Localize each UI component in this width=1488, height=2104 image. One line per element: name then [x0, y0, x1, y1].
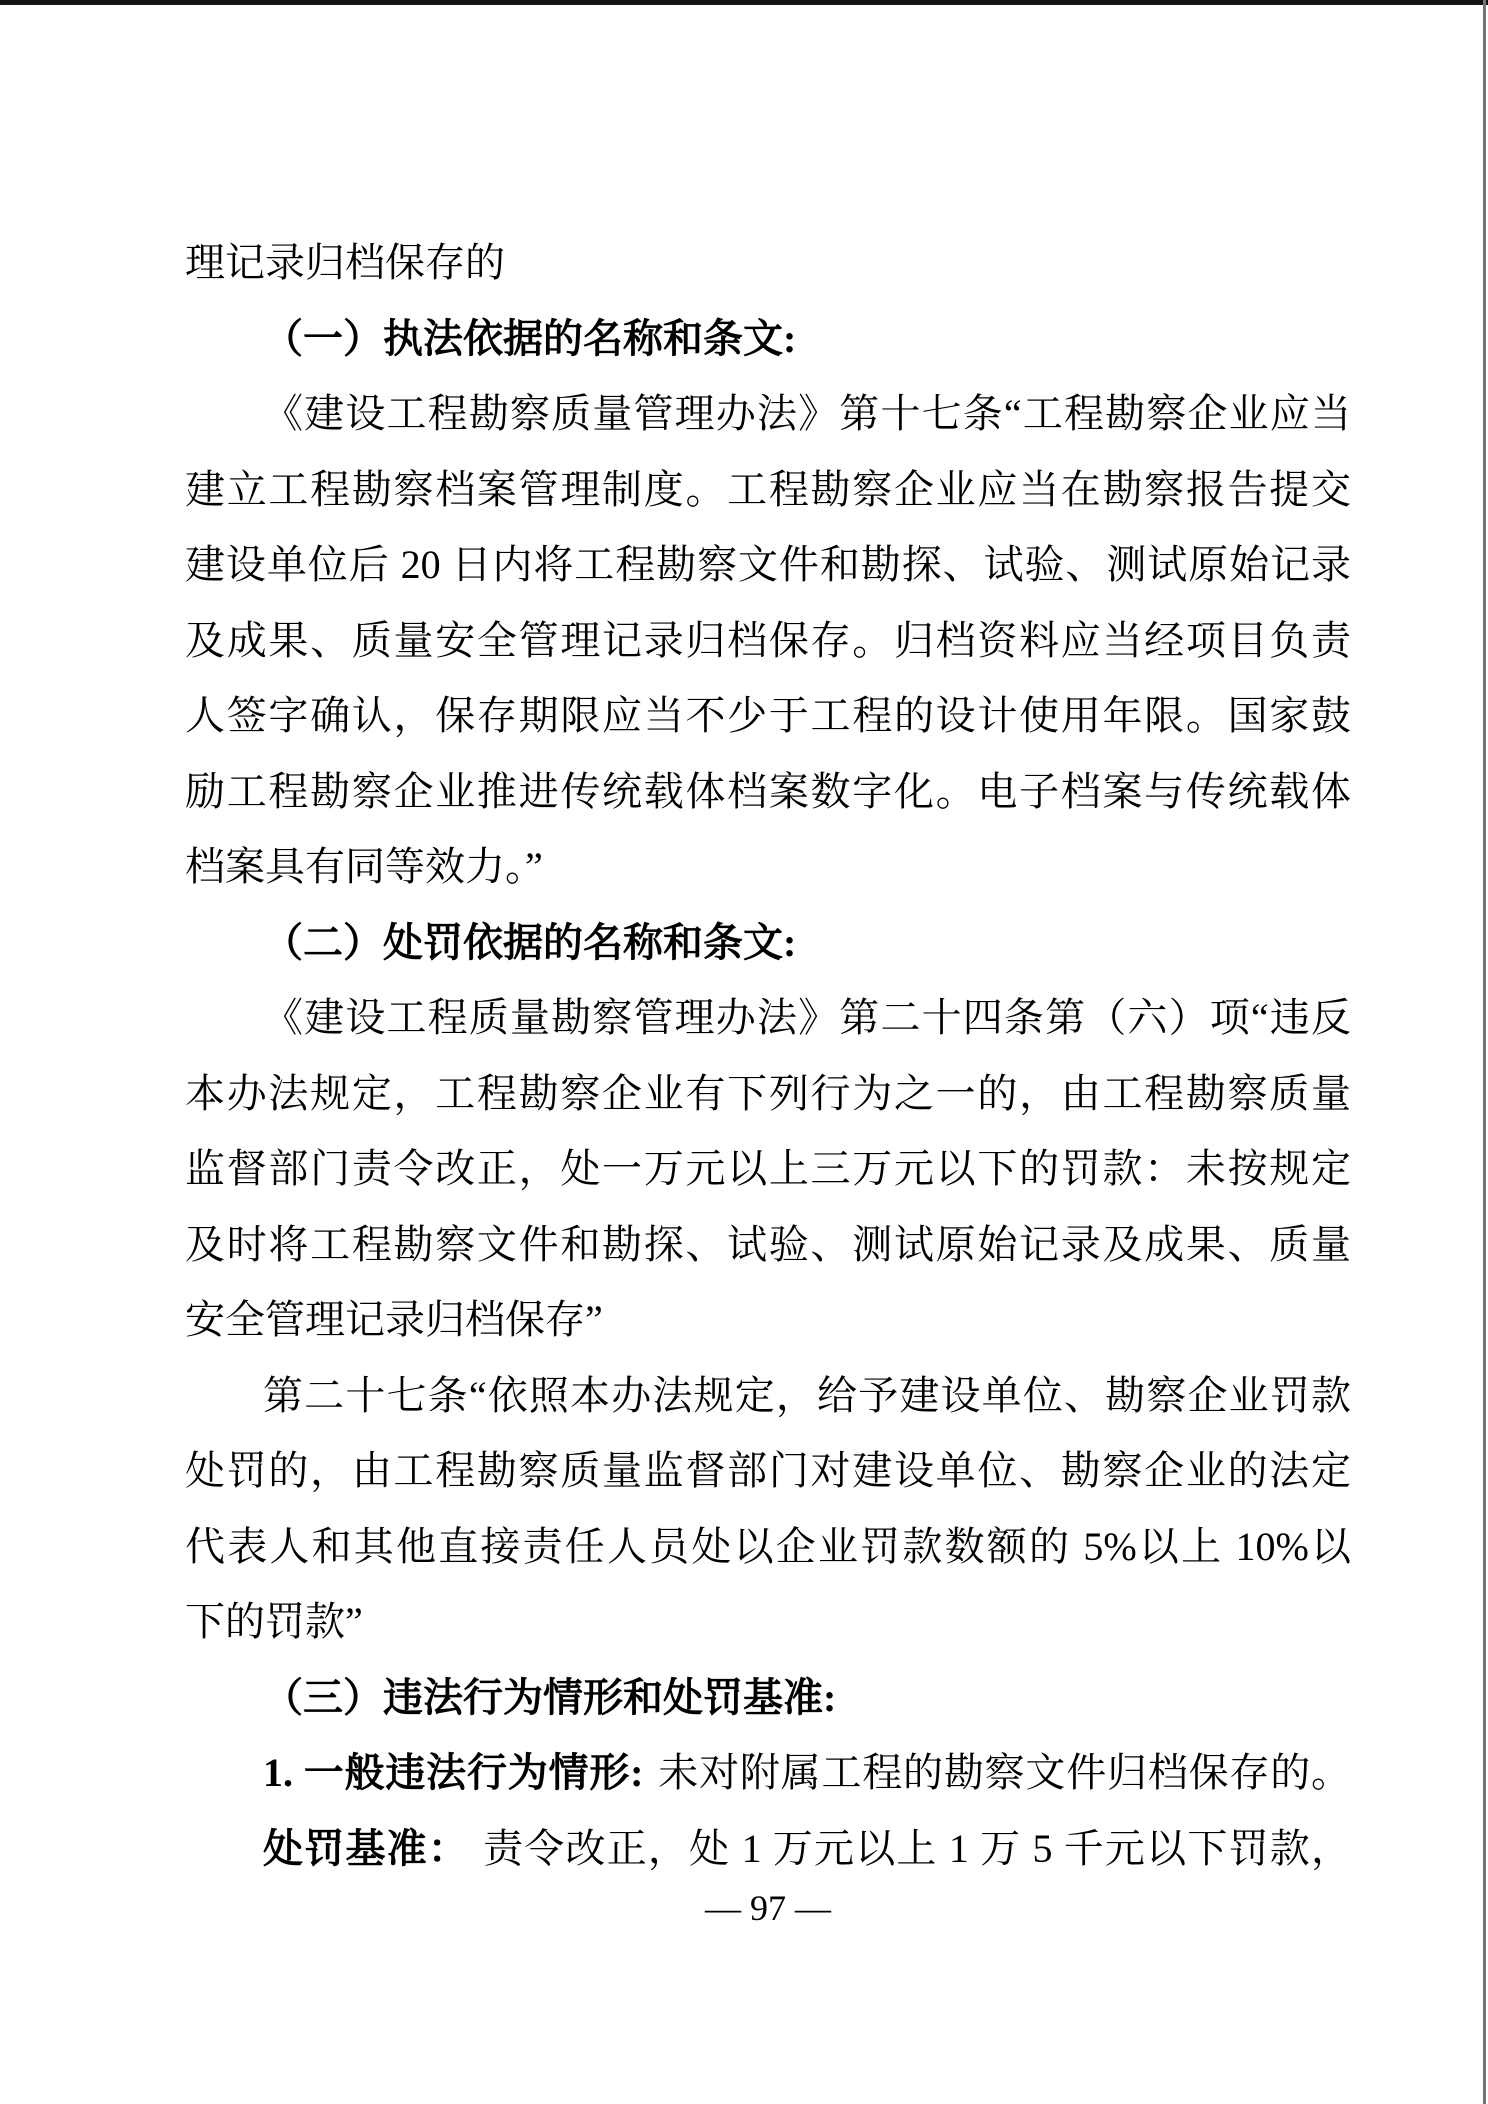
document-page: { "page": { "lines": [ { "text": "理记录归档保…: [0, 0, 1488, 2104]
text-line: 1. 一般违法行为情形:未对附属工程的勘察文件归档保存的。: [185, 1735, 1351, 1811]
section-heading-1: （一）执法依据的名称和条文:: [185, 301, 1351, 377]
text-line: 《建设工程质量勘察管理办法》第二十四条第（六）项“违反: [185, 980, 1351, 1056]
text-line: 建设单位后 20 日内将工程勘察文件和勘探、试验、测试原始记录: [185, 527, 1351, 603]
text-line: 励工程勘察企业推进传统载体档案数字化。电子档案与传统载体: [185, 754, 1351, 830]
section-heading-3: （三）违法行为情形和处罚基准:: [185, 1660, 1351, 1736]
item-text: 责令改正，处 1 万元以上 1 万 5 千元以下罚款，: [483, 1826, 1351, 1871]
text-line: 安全管理记录归档保存”: [185, 1282, 1351, 1358]
text-line: 处罚基准：责令改正，处 1 万元以上 1 万 5 千元以下罚款，: [185, 1811, 1351, 1887]
text-line: 及时将工程勘察文件和勘探、试验、测试原始记录及成果、质量: [185, 1207, 1351, 1283]
item-text: 未对附属工程的勘察文件归档保存的。: [657, 1750, 1351, 1795]
text-line: 人签字确认，保存期限应当不少于工程的设计使用年限。国家鼓: [185, 678, 1351, 754]
text-line: 代表人和其他直接责任人员处以企业罚款数额的 5%以上 10%以: [185, 1509, 1351, 1585]
text-line: 下的罚款”: [185, 1584, 1351, 1660]
text-line: 《建设工程勘察质量管理办法》第十七条“工程勘察企业应当: [185, 376, 1351, 452]
text-line: 第二十七条“依照本办法规定，给予建设单位、勘察企业罚款: [185, 1358, 1351, 1434]
text-line: 及成果、质量安全管理记录归档保存。归档资料应当经项目负责: [185, 603, 1351, 679]
text-line: 监督部门责令改正，处一万元以上三万元以下的罚款：未按规定: [185, 1131, 1351, 1207]
scan-border-right: [1483, 0, 1486, 2104]
text-line: 档案具有同等效力。”: [185, 829, 1351, 905]
scan-border-top: [0, 0, 1488, 5]
section-heading-2: （二）处罚依据的名称和条文:: [185, 905, 1351, 981]
text-line: 理记录归档保存的: [185, 225, 1351, 301]
text-line: 建立工程勘察档案管理制度。工程勘察企业应当在勘察报告提交: [185, 452, 1351, 528]
item-label: 处罚基准：: [263, 1826, 469, 1871]
item-label: 1. 一般违法行为情形:: [263, 1750, 643, 1795]
page-number: — 97 —: [185, 1878, 1351, 1938]
text-line: 本办法规定，工程勘察企业有下列行为之一的，由工程勘察质量: [185, 1056, 1351, 1132]
document-body: 理记录归档保存的 （一）执法依据的名称和条文: 《建设工程勘察质量管理办法》第十…: [185, 225, 1351, 1886]
text-line: 处罚的，由工程勘察质量监督部门对建设单位、勘察企业的法定: [185, 1433, 1351, 1509]
